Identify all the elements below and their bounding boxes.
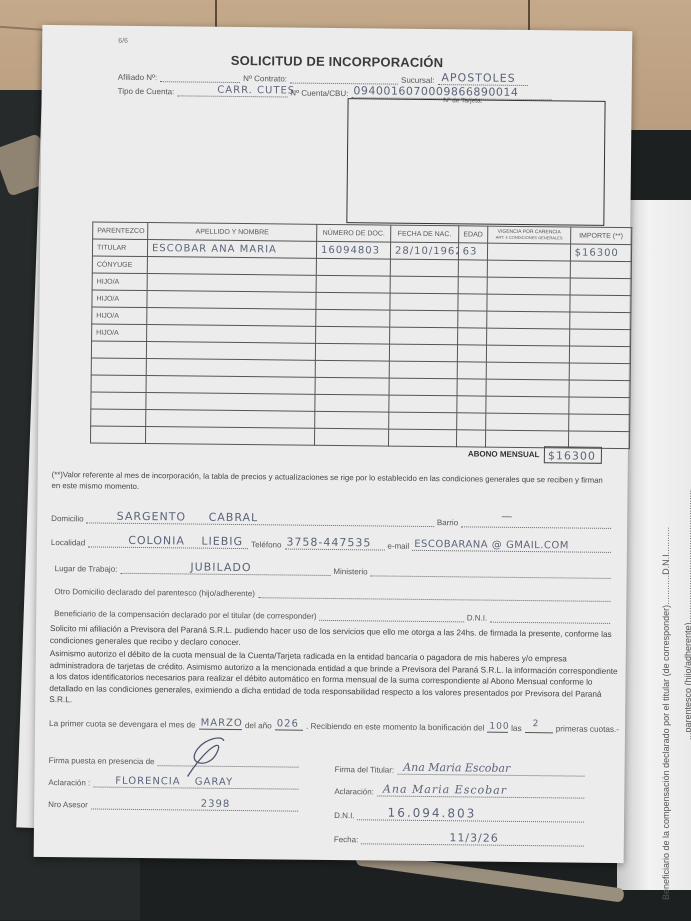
abono-mensual-label: ABONO MENSUAL bbox=[468, 449, 540, 459]
asesor-label: Nro Asesor bbox=[48, 800, 88, 809]
sheet-rotated-text: ...parentesco (hijo/adherente)..........… bbox=[683, 320, 691, 740]
relationship-cell bbox=[90, 426, 145, 444]
vigencia-cell[interactable] bbox=[487, 328, 570, 346]
firma-titular-label: Firma del Titular: bbox=[335, 765, 395, 775]
vigencia-subtitle: ART. 4 CONDICIONES GENERALES bbox=[492, 235, 565, 242]
ministerio-field[interactable] bbox=[371, 575, 611, 579]
relationship-cell: TITULAR bbox=[92, 239, 147, 257]
doc-cell[interactable] bbox=[316, 326, 390, 344]
trabajo-row: Lugar de Trabajo: JUBILADO Ministerio bbox=[55, 559, 611, 579]
age-cell[interactable] bbox=[456, 413, 486, 430]
doc-cell[interactable] bbox=[316, 275, 390, 293]
age-cell[interactable] bbox=[456, 396, 486, 413]
age-cell[interactable]: 63 bbox=[458, 243, 488, 260]
tipo-cuenta-field[interactable]: CARR. CUTES bbox=[177, 84, 287, 97]
afiliado-label: Afiliado Nº: bbox=[118, 73, 157, 82]
cuota-row: La primer cuota se devengara el mes de M… bbox=[49, 715, 619, 734]
trabajo-label: Lugar de Trabajo: bbox=[55, 564, 118, 574]
beneficiario-row: Beneficiario de la compensación declarad… bbox=[54, 609, 610, 624]
doc-cell[interactable] bbox=[316, 309, 390, 327]
name-cell[interactable] bbox=[147, 291, 316, 310]
sucursal-value: APOSTOLES bbox=[441, 71, 515, 85]
name-cell[interactable]: ESCOBAR ANA MARIA bbox=[147, 240, 316, 259]
vigencia-cell[interactable] bbox=[486, 362, 569, 380]
relationship-cell: CÓNYUGE bbox=[92, 256, 147, 274]
name-cell[interactable] bbox=[147, 257, 316, 276]
domicilio-row: Domicilio SARGENTO CABRAL Barrio — bbox=[51, 509, 611, 529]
domicilio-field[interactable]: SARGENTO CABRAL bbox=[87, 509, 434, 527]
barrio-field[interactable]: — bbox=[461, 513, 611, 529]
localidad-row: Localidad COLONIA LIEBIG Teléfono 3758-4… bbox=[51, 533, 611, 553]
application-form: 6/6 SOLICITUD DE INCORPORACIÓN Afiliado … bbox=[34, 25, 633, 863]
telefono-field[interactable]: 3758-447535 bbox=[284, 535, 384, 550]
importe-cell[interactable] bbox=[570, 278, 632, 296]
doc-cell[interactable] bbox=[315, 394, 389, 412]
importe-cell[interactable] bbox=[568, 414, 630, 432]
barrio-label: Barrio bbox=[437, 518, 458, 527]
age-cell[interactable] bbox=[457, 362, 487, 379]
vigencia-cell[interactable] bbox=[487, 294, 570, 312]
cuota-anio-value: 026 bbox=[277, 718, 299, 729]
cuenta-cbu-label: Nº Cuenta/CBU: bbox=[290, 89, 348, 99]
birthdate-cell[interactable] bbox=[390, 310, 458, 328]
name-cell[interactable] bbox=[147, 325, 316, 344]
age-cell[interactable] bbox=[458, 294, 488, 311]
domicilio-label: Domicilio bbox=[51, 514, 84, 523]
telefono-value: 3758-447535 bbox=[286, 536, 371, 550]
dni-titular-label: D.N.I. bbox=[334, 811, 355, 820]
abono-mensual-field[interactable]: $16300 bbox=[544, 446, 602, 464]
importe-cell[interactable] bbox=[569, 346, 631, 364]
dni-titular-row: D.N.I. 16.094.803 bbox=[334, 804, 584, 823]
fecha-field[interactable]: 11/3/26 bbox=[361, 828, 584, 846]
age-cell[interactable] bbox=[458, 260, 488, 277]
bonif-prefix: . Recibiendo en este momento la bonifica… bbox=[306, 722, 485, 733]
vigencia-cell[interactable] bbox=[487, 260, 570, 278]
col-parentezco: PARENTEZCO bbox=[93, 222, 148, 240]
birthdate-cell[interactable] bbox=[389, 412, 457, 430]
relationship-cell bbox=[91, 409, 146, 427]
cuota-anio-field[interactable]: 026 bbox=[275, 717, 303, 730]
relationship-cell bbox=[91, 392, 146, 410]
relationship-cell: HIJO/A bbox=[92, 273, 147, 291]
age-cell[interactable] bbox=[456, 430, 486, 447]
vigencia-cell[interactable] bbox=[487, 311, 570, 329]
bonif-las: las bbox=[511, 724, 522, 733]
doc-cell[interactable] bbox=[315, 428, 389, 446]
importe-cell[interactable] bbox=[569, 312, 631, 330]
email-field[interactable]: ESCOBARANA @ GMAIL.COM bbox=[412, 537, 611, 553]
vigencia-cell[interactable] bbox=[486, 430, 569, 448]
birthdate-cell[interactable] bbox=[389, 344, 457, 362]
importe-cell[interactable]: $16300 bbox=[570, 244, 632, 262]
cuota-mes-field[interactable]: MARZO bbox=[199, 717, 242, 730]
relationship-cell bbox=[91, 341, 146, 359]
bonif-cuotas-field[interactable]: 2 bbox=[525, 720, 553, 733]
tipo-cuenta-value: CARR. CUTES bbox=[217, 85, 295, 97]
importe-cell[interactable] bbox=[569, 380, 631, 398]
name-cell[interactable] bbox=[146, 393, 315, 412]
otro-domicilio-label: Otro Domicilio declarado del parentesco … bbox=[54, 587, 255, 598]
cuota-mes-value: MARZO bbox=[201, 718, 243, 729]
aclaracion-titular-row: Aclaración: Ana Maria Escobar bbox=[334, 780, 584, 799]
bonif-pct-field[interactable]: 100 bbox=[487, 720, 508, 733]
aclaracion-titular-field[interactable]: Ana Maria Escobar bbox=[377, 780, 585, 798]
col-importe: IMPORTE (**) bbox=[570, 227, 632, 245]
trabajo-field[interactable]: JUBILADO bbox=[120, 560, 330, 576]
birthdate-cell[interactable] bbox=[390, 327, 458, 345]
birthdate-cell[interactable] bbox=[390, 276, 458, 294]
aclaracion-titular-value: Ana Maria Escobar bbox=[383, 783, 507, 797]
presencia-row: Firma puesta en presencia de bbox=[49, 751, 299, 768]
col-doc: NÚMERO DE DOC. bbox=[317, 224, 391, 242]
afiliado-field[interactable] bbox=[160, 81, 240, 83]
relationship-cell: HIJO/A bbox=[92, 324, 147, 342]
presencia-signature-field[interactable] bbox=[157, 752, 298, 767]
name-cell[interactable] bbox=[146, 376, 315, 395]
bonif-suffix: primeras cuotas.- bbox=[556, 724, 619, 734]
age-cell[interactable] bbox=[457, 345, 487, 362]
age-cell[interactable] bbox=[458, 277, 488, 294]
vigencia-cell[interactable] bbox=[487, 345, 570, 363]
asesor-field[interactable]: 2398 bbox=[91, 795, 299, 811]
sucursal-field[interactable]: APOSTOLES bbox=[437, 73, 527, 86]
price-note: (**)Valor referente al mes de incorporac… bbox=[51, 469, 611, 497]
relationship-cell: HIJO/A bbox=[92, 307, 147, 325]
presencia-label: Firma puesta en presencia de bbox=[49, 756, 155, 766]
localidad-label: Localidad bbox=[51, 538, 85, 547]
age-cell[interactable] bbox=[457, 379, 487, 396]
vigencia-cell[interactable] bbox=[486, 413, 569, 431]
beneficiario-dni-field[interactable] bbox=[490, 622, 610, 624]
importe-cell[interactable] bbox=[570, 295, 632, 313]
aclaracion-asesor-value: FLORENCIA GARAY bbox=[115, 776, 233, 788]
abono-mensual-value: $16300 bbox=[548, 449, 596, 463]
cuota-anio-label: del año bbox=[245, 721, 272, 730]
birthdate-cell[interactable] bbox=[389, 378, 457, 396]
cuenta-cbu-value: 0940016070009866890014 bbox=[353, 84, 518, 99]
asesor-value: 2398 bbox=[201, 799, 231, 810]
aclaracion-titular-label: Aclaración: bbox=[334, 787, 374, 796]
terms-paragraph-1: Solicito mi afiliación a Previsora del P… bbox=[50, 623, 620, 652]
doc-cell[interactable] bbox=[316, 258, 390, 276]
importe-cell[interactable] bbox=[569, 329, 631, 347]
name-cell[interactable] bbox=[146, 342, 315, 361]
name-cell[interactable] bbox=[146, 359, 315, 378]
otro-domicilio-row: Otro Domicilio declarado del parentesco … bbox=[54, 587, 610, 602]
importe-cell[interactable] bbox=[570, 261, 632, 279]
otro-domicilio-field[interactable] bbox=[258, 597, 610, 602]
family-table: PARENTEZCO APELLIDO Y NOMBRE NÚMERO DE D… bbox=[90, 221, 632, 449]
dni-titular-value: 16.094.803 bbox=[388, 806, 477, 821]
col-vigencia: VIGENCIA POR CARENCIA ART. 4 CONDICIONES… bbox=[488, 226, 571, 244]
aclaracion-asesor-label: Aclaración : bbox=[48, 778, 90, 787]
doc-cell[interactable] bbox=[315, 343, 389, 361]
birthdate-cell[interactable]: 28/10/1962 bbox=[390, 242, 458, 260]
birthdate-cell[interactable] bbox=[390, 259, 458, 277]
birthdate-cell[interactable] bbox=[390, 293, 458, 311]
col-nombre: APELLIDO Y NOMBRE bbox=[148, 223, 317, 242]
asesor-row: Nro Asesor 2398 bbox=[48, 795, 298, 812]
contrato-label: Nº Contrato: bbox=[243, 74, 287, 83]
trabajo-value: JUBILADO bbox=[190, 561, 251, 575]
card-photocopy-box bbox=[346, 98, 605, 226]
name-cell[interactable] bbox=[145, 427, 314, 446]
domicilio-value: SARGENTO CABRAL bbox=[117, 510, 259, 524]
dni-titular-field[interactable]: 16.094.803 bbox=[358, 804, 585, 822]
localidad-value: COLONIA LIEBIG bbox=[128, 534, 243, 548]
name-cell[interactable] bbox=[146, 410, 315, 429]
col-edad: EDAD bbox=[458, 226, 488, 243]
doc-cell[interactable]: 16094803 bbox=[316, 241, 390, 259]
beneficiario-dni-label: D.N.I. bbox=[467, 613, 488, 622]
relationship-cell bbox=[91, 375, 146, 393]
sheet-rotated-text: Beneficiario de la compensación declarad… bbox=[661, 380, 671, 900]
beneficiario-label: Beneficiario de la compensación declarad… bbox=[54, 609, 316, 621]
firma-titular-row: Firma del Titular: Ana Maria Escobar bbox=[335, 758, 585, 777]
fecha-row: Fecha: 11/3/26 bbox=[334, 828, 584, 847]
importe-cell[interactable] bbox=[569, 363, 631, 381]
fecha-label: Fecha: bbox=[334, 835, 359, 844]
aclaracion-asesor-field[interactable]: FLORENCIA GARAY bbox=[93, 774, 298, 790]
doc-cell[interactable] bbox=[316, 292, 390, 310]
vigencia-cell[interactable] bbox=[488, 243, 571, 261]
terms-paragraph-2: Asimismo autorizo el débito de la cuota … bbox=[49, 648, 620, 711]
vigencia-cell[interactable] bbox=[486, 379, 569, 397]
localidad-field[interactable]: COLONIA LIEBIG bbox=[88, 533, 248, 549]
fecha-value: 11/3/26 bbox=[449, 831, 499, 845]
email-label: e-mail bbox=[387, 542, 409, 551]
bonif-cuotas-value: 2 bbox=[533, 719, 540, 729]
aclaracion-asesor-row: Aclaración : FLORENCIA GARAY bbox=[48, 773, 298, 790]
bonif-pct-value: 100 bbox=[489, 722, 509, 732]
cuota-prefix: La primer cuota se devengara el mes de bbox=[49, 719, 196, 730]
vigencia-cell[interactable] bbox=[487, 277, 570, 295]
birthdate-cell[interactable] bbox=[389, 361, 457, 379]
firma-titular-value: Ana Maria Escobar bbox=[403, 761, 510, 775]
relationship-cell bbox=[91, 358, 146, 376]
telefono-label: Teléfono bbox=[251, 540, 281, 549]
col-fecha-nac: FECHA DE NAC. bbox=[391, 225, 459, 243]
importe-cell[interactable] bbox=[568, 397, 630, 415]
name-cell[interactable] bbox=[147, 308, 316, 327]
age-cell[interactable] bbox=[457, 328, 487, 345]
sucursal-label: Sucursal: bbox=[401, 76, 434, 85]
beneficiario-field[interactable] bbox=[320, 620, 464, 623]
firma-titular-field[interactable]: Ana Maria Escobar bbox=[397, 759, 585, 777]
birthdate-cell[interactable] bbox=[389, 395, 457, 413]
ministerio-label: Ministerio bbox=[333, 567, 367, 576]
doc-cell[interactable] bbox=[315, 360, 389, 378]
name-cell[interactable] bbox=[147, 274, 316, 293]
doc-cell[interactable] bbox=[315, 411, 389, 429]
barrio-value: — bbox=[501, 510, 513, 523]
relationship-cell: HIJO/A bbox=[92, 290, 147, 308]
doc-cell[interactable] bbox=[315, 377, 389, 395]
vigencia-cell[interactable] bbox=[486, 396, 569, 414]
page-number: 6/6 bbox=[118, 38, 128, 45]
birthdate-cell[interactable] bbox=[388, 429, 456, 447]
tipo-cuenta-label: Tipo de Cuenta: bbox=[118, 87, 175, 97]
age-cell[interactable] bbox=[457, 311, 487, 328]
email-value: ESCOBARANA @ GMAIL.COM bbox=[414, 539, 569, 552]
